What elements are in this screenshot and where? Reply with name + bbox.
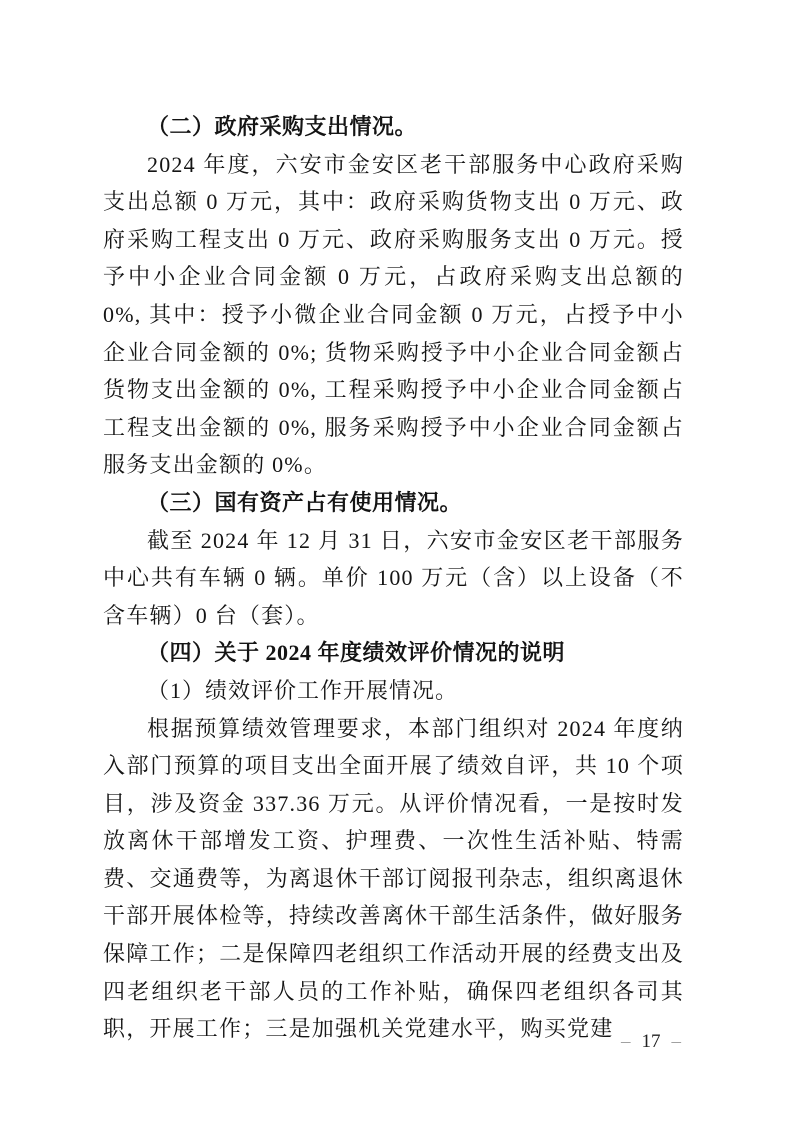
- section-paragraph-1: 2024 年度，六安市金安区老干部服务中心政府采购支出总额 0 万元，其中：政府…: [103, 146, 684, 484]
- page-number-dash-right: –: [672, 1031, 682, 1052]
- section-paragraph-6: 根据预算绩效管理要求，本部门组织对 2024 年度纳入部门预算的项目支出全面开展…: [103, 710, 684, 1048]
- section-heading-4: （四）关于 2024 年度绩效评价情况的说明: [103, 634, 684, 672]
- page-number-value: 17: [642, 1031, 661, 1052]
- page-number-dash-left: –: [621, 1031, 631, 1052]
- section-paragraph-3: 截至 2024 年 12 月 31 日，六安市金安区老干部服务中心共有车辆 0 …: [103, 522, 684, 635]
- section-heading-2: （三）国有资产占有使用情况。: [103, 484, 684, 522]
- page-number: –17–: [621, 1031, 681, 1053]
- document-body: （二）政府采购支出情况。2024 年度，六安市金安区老干部服务中心政府采购支出总…: [103, 108, 684, 1048]
- page-footer: –17–: [0, 1031, 793, 1061]
- document-page: （二）政府采购支出情况。2024 年度，六安市金安区老干部服务中心政府采购支出总…: [0, 0, 793, 1122]
- section-heading-0: （二）政府采购支出情况。: [103, 108, 684, 146]
- section-subheading-5: （1）绩效评价工作开展情况。: [103, 672, 684, 710]
